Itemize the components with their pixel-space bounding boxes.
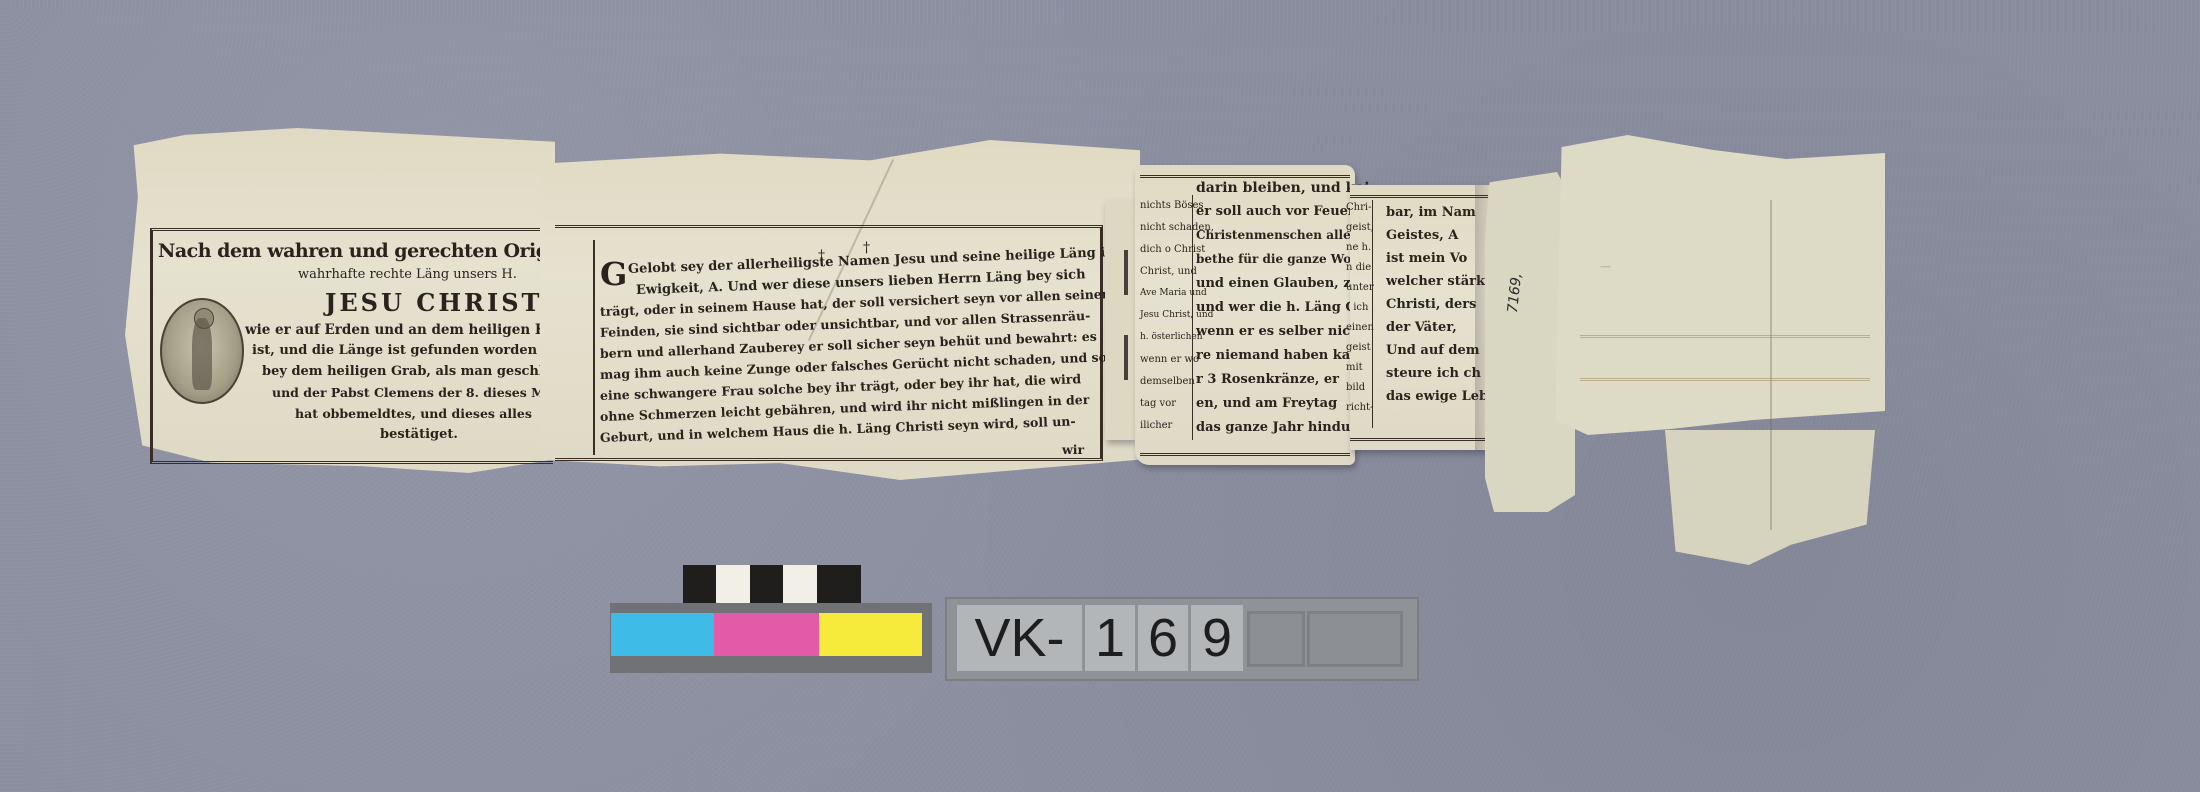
showthrough-text-1: — <box>1600 260 1611 273</box>
p4-left-10: bild <box>1346 382 1365 393</box>
p4-left-2: geist, <box>1346 222 1374 233</box>
p4-left-3: ne h. <box>1346 242 1371 253</box>
p4-line-1: bar, im Nam <box>1386 205 1476 220</box>
p4-left-4: n die <box>1346 262 1371 273</box>
p4-line-2: Geistes, A <box>1386 228 1458 243</box>
curled-line-1: darin bleiben, und kei <box>1196 180 1370 196</box>
curled-line-7: wenn er es selber nicht <box>1196 324 1366 339</box>
curled-side-7: h. österlichen <box>1140 332 1203 342</box>
curled-line-10: en, und am Freytag <box>1196 396 1337 411</box>
prayer-line-10: wir <box>1062 442 1084 457</box>
saint-medallion-engraving <box>160 298 244 404</box>
p4-left-8: geist <box>1346 342 1371 353</box>
white-patch-2 <box>783 565 817 605</box>
white-patch-1 <box>716 565 750 605</box>
p4-left-11: richt- <box>1346 402 1373 413</box>
title-line-9: bestätiget. <box>380 427 458 442</box>
title-line-8: hat obbemeldtes, und dieses alles <box>295 406 532 421</box>
curled-line-11: das ganze Jahr hindur <box>1196 420 1357 435</box>
title-line-2: wahrhafte rechte Läng unsers H. <box>298 267 517 282</box>
object-id-label: VK- 1 6 9 <box>945 597 1419 681</box>
p4-line-4: welcher stärk <box>1386 274 1485 289</box>
curled-side-4: Christ, und <box>1140 266 1197 277</box>
p4-left-6: ! ich <box>1346 302 1368 313</box>
title-line-jesu-christi: JESU CHRISTI, <box>325 288 568 317</box>
curled-side-1: nichts Böses <box>1140 200 1204 211</box>
p4-line-9: das ewige Leb <box>1386 389 1488 404</box>
grayscale-patches <box>683 565 861 605</box>
title-line-7: und der Pabst Clemens der 8. dieses Maaß <box>272 385 571 400</box>
label-digit-2: 6 <box>1138 605 1188 671</box>
label-empty-slot-2 <box>1307 611 1403 667</box>
p4-line-3: ist mein Vo <box>1386 251 1467 266</box>
curled-line-5: und einen Glauben, zu <box>1196 276 1360 291</box>
paper-fold-large <box>1555 135 1885 435</box>
saint-figure-icon <box>192 318 211 389</box>
p4-line-8: steure ich ch <box>1386 366 1481 381</box>
curled-line-8: re niemand haben ka <box>1196 348 1350 363</box>
p4-left-9: mit <box>1346 362 1363 373</box>
curled-line-9: r 3 Rosenkränze, er <box>1196 372 1339 387</box>
panel-four-column-rule <box>1372 200 1373 428</box>
thread-stitch-upper <box>1124 250 1128 295</box>
label-digit-1: 1 <box>1085 605 1135 671</box>
cyan-swatch <box>611 613 714 656</box>
yellow-swatch <box>819 613 922 656</box>
curled-line-4: bethe für die ganze Wo <box>1196 252 1351 266</box>
color-checker-strip <box>610 603 932 673</box>
faded-frame-rule <box>1580 335 1870 381</box>
curled-side-9: demselben <box>1140 376 1195 387</box>
curled-side-8: wenn er wo <box>1140 354 1199 365</box>
column-rule <box>593 240 595 455</box>
curled-side-10: tag vor <box>1140 398 1176 409</box>
p4-left-1: Chri- <box>1346 202 1371 213</box>
magenta-swatch <box>714 613 819 656</box>
fold-tab <box>1105 200 1135 440</box>
label-empty-slot-1 <box>1247 611 1305 667</box>
p4-line-5: Christi, ders <box>1386 297 1476 312</box>
thread-stitch-lower <box>1124 335 1128 380</box>
label-digit-3: 9 <box>1191 605 1243 671</box>
p4-line-7: Und auf dem <box>1386 343 1480 358</box>
p4-left-5: unter <box>1346 282 1374 293</box>
curled-side-11: ilicher <box>1140 420 1172 431</box>
label-prefix: VK- <box>957 605 1082 671</box>
p4-line-6: der Väter, <box>1386 320 1457 335</box>
p4-left-7: einen <box>1346 322 1374 333</box>
prayer-drop-cap: G <box>600 255 627 293</box>
curled-line-2: er soll auch vor Feuer <box>1196 204 1355 219</box>
